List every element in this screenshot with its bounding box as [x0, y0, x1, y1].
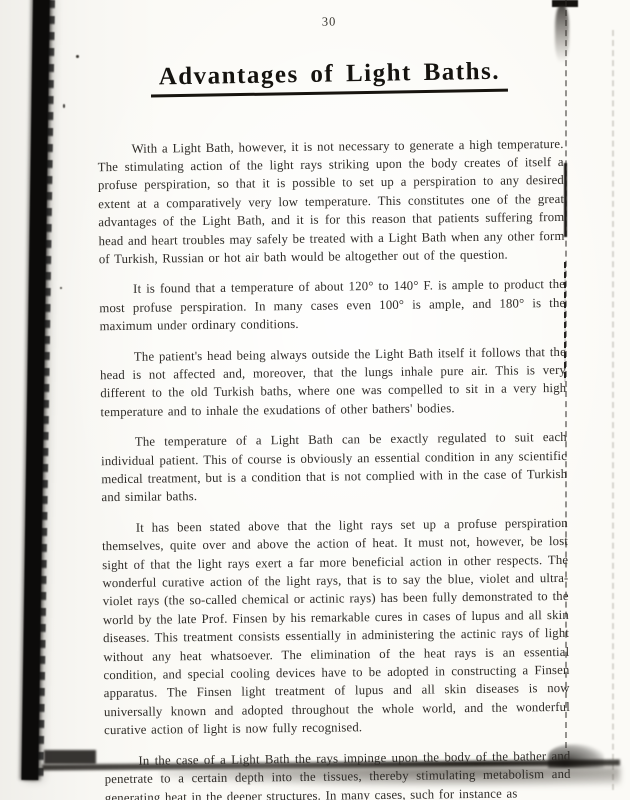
page-content: 30 Advantages of Light Baths. With a Lig… — [96, 12, 571, 800]
paragraph: The temperature of a Light Bath can be e… — [101, 428, 568, 507]
paragraph: It has been stated above that the light … — [102, 514, 570, 740]
ink-speck — [63, 104, 65, 108]
page-number: 30 — [96, 12, 562, 32]
ink-speck — [60, 287, 62, 289]
body-text: With a Light Bath, however, it is not ne… — [97, 134, 571, 800]
paragraph: With a Light Bath, however, it is not ne… — [97, 134, 564, 268]
page-title: Advantages of Light Baths. — [151, 57, 509, 97]
paragraph: It is found that a temperature of about … — [99, 275, 566, 336]
scanned-book-page: 30 Advantages of Light Baths. With a Lig… — [0, 0, 630, 800]
page-bottom-edge-step — [44, 750, 96, 764]
paragraph: In the case of a Light Bath the rays imp… — [104, 747, 571, 800]
page-edge-fold-line — [612, 30, 614, 790]
paragraph: The patient's head being always outside … — [100, 342, 567, 421]
ink-speck — [76, 55, 79, 58]
title-wrap: Advantages of Light Baths. — [96, 41, 563, 114]
